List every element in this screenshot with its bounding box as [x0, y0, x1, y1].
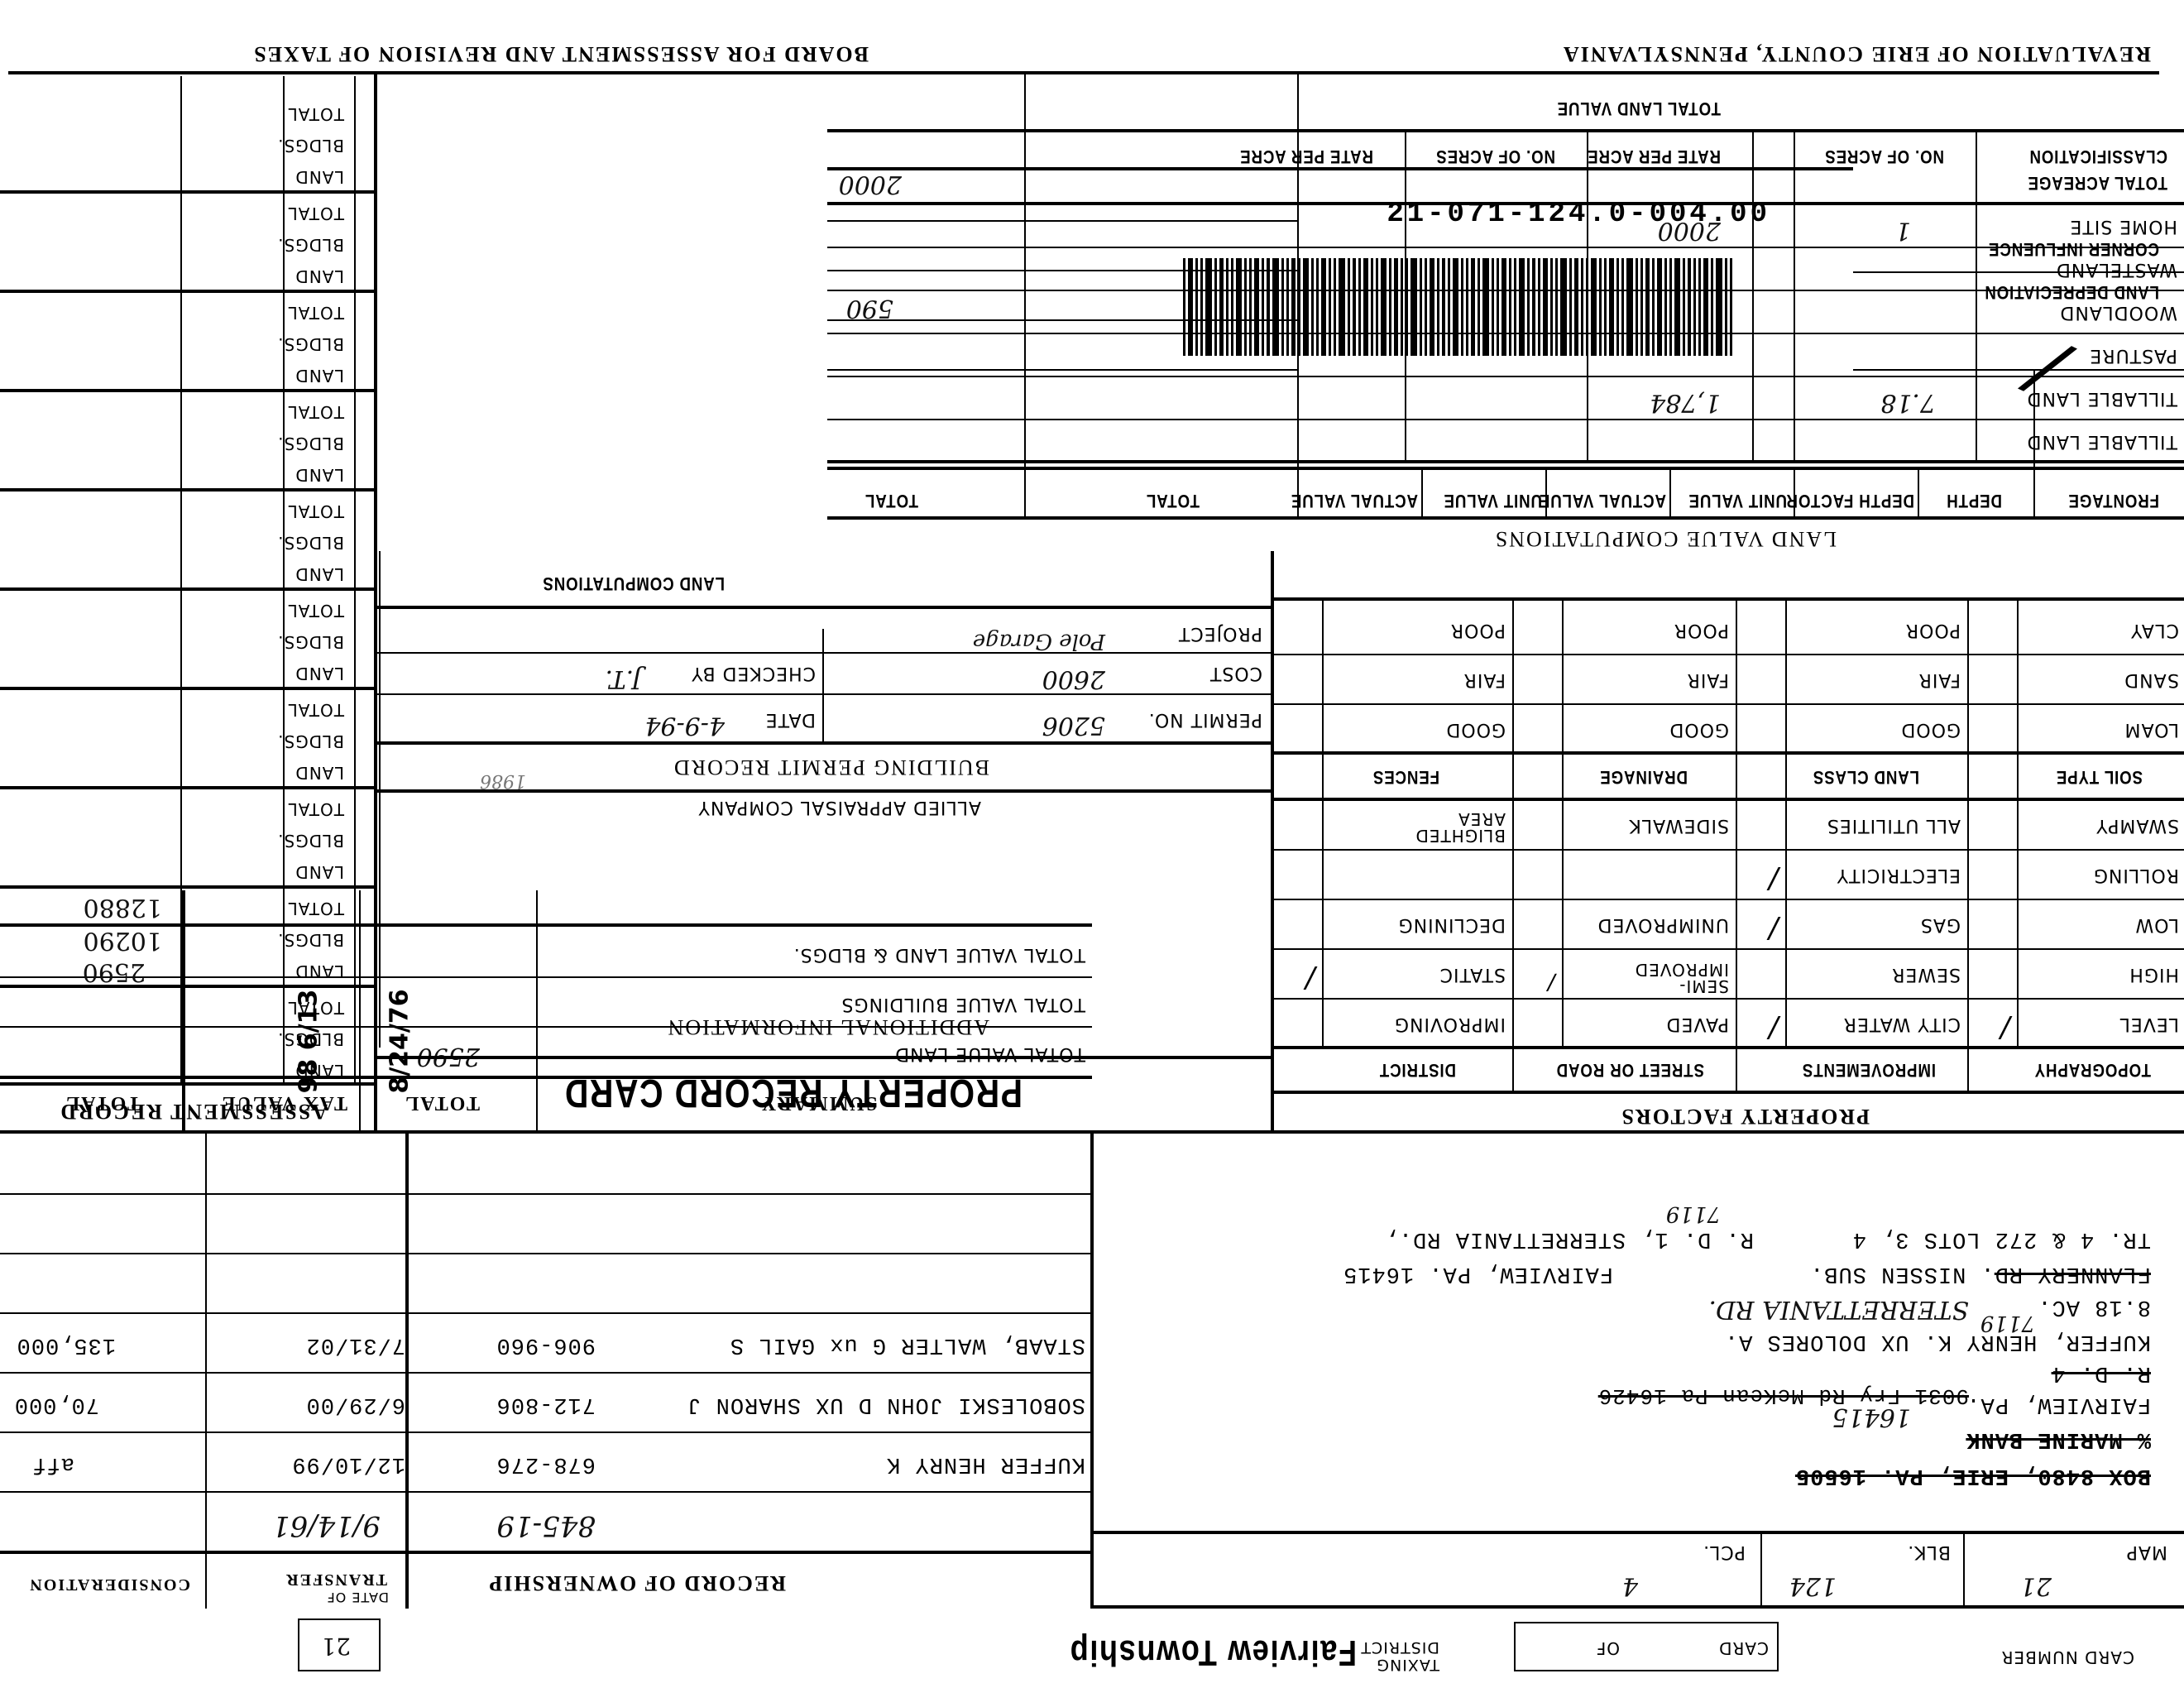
district-static: STATIC [1439, 964, 1506, 985]
col-land-class: LAND CLASS [1813, 766, 1919, 788]
class-tillable-1: TILLABLE LAND [2027, 431, 2177, 452]
district-declining: DECLINING [1398, 914, 1506, 935]
divider [1274, 849, 2184, 851]
bldgs-value: 10290 [84, 926, 162, 955]
address-line-1: TR. 4 & 272 LOTS 3, 4 [1852, 1226, 2151, 1251]
bldgs-label: BLDGS. [277, 434, 344, 453]
col-street-or-road: STREET OR ROAD [1556, 1059, 1704, 1081]
soil-sand: SAND [2124, 669, 2179, 690]
land-label: LAND [295, 266, 344, 286]
consideration: aff [31, 1451, 74, 1476]
divider [827, 290, 2184, 291]
land-label: LAND [295, 664, 344, 683]
card-label: CARD [1718, 1638, 1769, 1658]
road-paved: PAVED [1666, 1014, 1729, 1034]
divider [1274, 798, 2184, 801]
divider [1274, 703, 2184, 705]
date-of-label: DATE OF [326, 1590, 389, 1605]
divider [1967, 597, 1969, 1094]
total-label: TOTAL [288, 402, 344, 422]
bldgs-label: BLDGS. [277, 533, 344, 553]
divider [827, 460, 2184, 463]
col-soil-type: SOIL TYPE [2056, 766, 2143, 788]
divider [0, 1372, 1092, 1374]
divider [0, 1551, 1092, 1554]
divider [1274, 751, 2184, 755]
header-board-title: BOARD FOR ASSESSMENT AND REVISION OF TAX… [252, 41, 869, 66]
divider [1760, 1534, 1762, 1605]
total-label: TOTAL [288, 501, 344, 521]
transfer-date: 9/14/61 [272, 1509, 381, 1542]
checked-by-value: J.T. [606, 664, 642, 693]
address-line-rd: R. D. 4 [2052, 1360, 2151, 1385]
bldgs-label: BLDGS. [277, 831, 344, 851]
divider [1274, 1091, 2184, 1094]
divider [374, 74, 377, 1130]
appraisal-company: ALLIED APPRAISAL COMPANY [697, 797, 981, 818]
divider [827, 129, 2184, 132]
divider [0, 1253, 1092, 1254]
col-district: DISTRICT [1379, 1059, 1456, 1081]
total-label: TOTAL [288, 104, 344, 124]
district-improving: IMPROVING [1394, 1014, 1506, 1034]
divider [2017, 597, 2019, 1049]
project-value: Pole Garage [973, 629, 1105, 654]
divider [1271, 551, 1274, 1130]
land-label: LAND [295, 167, 344, 187]
land-value-590: 590 [846, 294, 893, 323]
ownership-row: KUFFER HENRY K 678-276 12/10/99 aff [0, 1433, 1092, 1491]
property-record-card: REVALUATION OF ERIE COUNTY, PENNSYLVANIA… [0, 0, 2184, 1688]
land-value: 2590 [83, 957, 146, 986]
divider [1963, 1534, 1965, 1605]
land-value-computations-title: LAND VALUE COMPUTATIONS [1494, 526, 1837, 551]
topo-swampy: SWAMPY [2095, 815, 2179, 836]
of-label: OF [1596, 1638, 1620, 1658]
box-number: 21 [298, 1618, 381, 1671]
date-stamp: 8/24/76 [385, 989, 414, 1093]
topo-rolling: ROLLING [2093, 865, 2179, 885]
drainage-good: GOOD [1669, 719, 1729, 740]
deed-book: 845-19 [496, 1509, 596, 1542]
owner-name: SOBOLESKI JOHN D UX SHARON J [687, 1392, 1085, 1417]
divider [1562, 597, 1564, 1049]
total-land-value-label: TOTAL LAND VALUE [1557, 98, 1721, 119]
alt-address: 9031 Fry Rd McKean Pa 16426 [1598, 1383, 1969, 1408]
soil-clay: CLAY [2130, 620, 2179, 640]
property-factors: PROPERTY FACTORS TOPOGRAPHY IMPROVEMENTS… [1274, 551, 2184, 1130]
land-class-poor: POOR [1905, 620, 1961, 640]
project-label: PROJECT [1178, 623, 1262, 644]
total-label: TOTAL [288, 700, 344, 720]
divider [0, 290, 377, 293]
assessment-blocks-empty: LAND BLDGS. TOTAL LAND BLDGS. TOTAL LAND… [0, 76, 377, 887]
assessment-title: ASSESSMENT RECORD [59, 1099, 328, 1124]
land-label: LAND [295, 763, 344, 783]
divider [827, 419, 2184, 420]
divider [0, 1193, 1092, 1195]
divider [377, 693, 1271, 695]
land-label: LAND [295, 366, 344, 386]
cost-value: 2600 [1042, 664, 1105, 693]
record-of-ownership: RECORD OF OWNERSHIP DATE OF TRANSFER CON… [0, 1134, 1092, 1609]
handwritten-house-number-2: 7119 [1666, 1201, 1721, 1226]
divider [377, 1056, 1271, 1059]
land-class-fair: FAIR [1918, 669, 1961, 690]
impr-electricity: ELECTRICITY [1837, 865, 1961, 885]
land-computations-title: LAND COMPUTATIONS [543, 573, 725, 594]
consideration: 70,000 [14, 1392, 99, 1417]
transfer-label: TRANSFER [285, 1570, 387, 1589]
checkmark-icon: / [1770, 1011, 1779, 1044]
card-of-box: CARD OF [1514, 1622, 1779, 1671]
divider [1405, 132, 1406, 463]
divider [1274, 948, 2184, 950]
permit-no-label: PERMIT NO. [1148, 709, 1262, 730]
total-label: TOTAL [288, 899, 344, 918]
checkmark-icon: / [2001, 1011, 2010, 1044]
divider [1976, 132, 1977, 463]
permit-no-value: 5206 [1042, 711, 1105, 740]
divider [1736, 597, 1737, 1094]
fences-poor: POOR [1450, 620, 1506, 640]
property-factors-title: PROPERTY FACTORS [1621, 1104, 1870, 1129]
total-label: TOTAL [288, 303, 344, 323]
divider [0, 488, 377, 492]
topo-low: LOW [2134, 914, 2179, 935]
divider [0, 1312, 1092, 1314]
blk-value: 124 [1789, 1571, 1837, 1600]
pcl-value: 4 [1622, 1571, 1638, 1600]
divider [827, 202, 2184, 205]
address-care-of: % MARINE BANK [1966, 1427, 2151, 1451]
divider [827, 247, 2184, 248]
address-box: BOX 8480, ERIE, PA. 16505 [1795, 1463, 2151, 1488]
assessment-block: LAND BLDGS. TOTAL 8/24/76 98 6/13 [0, 988, 377, 1086]
tillable-value: 1,784 [1650, 388, 1721, 417]
year-stamp: 98 6/13 [295, 990, 323, 1094]
divider [827, 376, 2184, 377]
class-woodland: WOODLAND [2059, 302, 2177, 323]
soil-loam: LOAM [2124, 719, 2179, 740]
map-value: 21 [2020, 1571, 2052, 1600]
taxing-district-label: TAXING DISTRICT [1365, 1638, 1439, 1673]
card-number-label: CARD NUMBER [2001, 1648, 2134, 1666]
total-label: TOTAL [288, 204, 344, 223]
owner-name: KUFFER HENRY K [886, 1451, 1085, 1476]
blk-label: BLK. [1907, 1542, 1951, 1562]
class-total-acreage: TOTAL ACREAGE [2028, 172, 2167, 194]
divider [0, 389, 377, 392]
divider [377, 652, 1271, 654]
impr-sewer: SEWER [1891, 964, 1961, 985]
checkmark-icon: / [1770, 912, 1779, 945]
handwritten-street: STERRETTANIA RD. [1708, 1295, 1969, 1324]
divider [0, 1491, 1092, 1493]
class-pasture: PASTURE [2089, 345, 2177, 366]
form-title: PROPERTY RECORD CARD [563, 1070, 1023, 1115]
divider [1274, 998, 2184, 1000]
divider [1274, 899, 2184, 900]
land-label: LAND [295, 961, 344, 981]
address-line-3: 8.18 AC. [2037, 1294, 2151, 1319]
ownership-row: STAAB, WALTER G ux GAIL S 906-960 7/31/0… [0, 1314, 1092, 1372]
divider [822, 629, 824, 745]
divider [0, 687, 377, 690]
bldgs-label: BLDGS. [277, 731, 344, 751]
divider [0, 786, 377, 789]
impr-all-utilities: ALL UTILITIES [1827, 815, 1961, 836]
deed-book: 712-806 [496, 1392, 596, 1417]
assessment-record: ASSESSMENT RECORD LAND BLDGS. TOTAL 8/24… [0, 71, 377, 1130]
total-value: 12880 [84, 893, 162, 922]
divider [1587, 132, 1588, 463]
impr-city-water: CITY WATER [1843, 1014, 1961, 1034]
acreage-grid: TILLABLE LAND TILLABLE LAND 7.18 1,784 P… [827, 74, 2184, 463]
land-label: LAND [295, 564, 344, 584]
divider [1092, 1605, 2184, 1609]
pcl-label: PCL. [1703, 1542, 1746, 1562]
map-label: MAP [2126, 1542, 2167, 1562]
divider [1794, 132, 1795, 463]
divider [377, 741, 1271, 745]
checkmark-icon: / [1306, 961, 1315, 995]
land-label: LAND [295, 465, 344, 485]
bldgs-label: BLDGS. [277, 334, 344, 354]
faint-notes: 1986 [480, 770, 526, 791]
map-blk-pcl-row: MAP 21 BLK. 124 PCL. 4 [1092, 1534, 2184, 1605]
divider [1752, 132, 1754, 463]
building-permit-title: BUILDING PERMIT RECORD [673, 755, 989, 779]
center-panel: PROPERTY RECORD CARD ADDITIONAL INFORMAT… [377, 551, 1271, 1130]
owner-address-block: TR. 4 & 272 LOTS 3, 4 R. D. 1, STERRETTA… [1092, 1134, 2184, 1531]
address-line-2: FLANNERY RD. NISSEN SUB. [1809, 1261, 2151, 1286]
land-class-good: GOOD [1900, 719, 1961, 740]
col-topography: TOPOGRAPHY [2034, 1059, 2151, 1081]
owner-name: KUFFER, HENRY K. UX DOLORES A. [1724, 1329, 2151, 1354]
address-city: FAIRVIEW, PA. [1966, 1392, 2151, 1417]
checkmark-icon: / [1770, 862, 1779, 895]
ownership-row: SOBOLESKI JOHN D UX SHARON J 712-806 6/2… [0, 1374, 1092, 1431]
col-drainage: DRAINAGE [1599, 766, 1688, 788]
land-label: LAND [295, 862, 344, 882]
divider [377, 606, 1271, 609]
bldgs-label: BLDGS. [277, 235, 344, 255]
topo-level: LEVEL [2119, 1014, 2179, 1034]
transfer-date: 7/31/02 [306, 1332, 405, 1357]
drainage-poor: POOR [1674, 620, 1729, 640]
divider [1274, 1046, 2184, 1049]
impr-gas: GAS [1920, 914, 1961, 935]
fences-good: GOOD [1445, 719, 1506, 740]
divider [1512, 597, 1514, 1094]
handwritten-zip: 16415 [1832, 1403, 1911, 1431]
divider [1274, 597, 2184, 601]
divider [1785, 597, 1787, 1049]
class-wasteland: WASTELAND [2056, 259, 2177, 280]
class-home-site: HOME SITE [2069, 216, 2177, 237]
cost-label: COST [1209, 663, 1262, 683]
bldgs-label: BLDGS. [277, 136, 344, 156]
consideration-label: CONSIDERATION [28, 1575, 190, 1594]
transfer-date: 12/10/99 [291, 1451, 405, 1476]
permit-date-label: DATE [765, 709, 816, 730]
land-value-2000: 2000 [839, 170, 902, 199]
divider [827, 333, 2184, 334]
col-fences: FENCES [1372, 766, 1439, 788]
header-county-title: REVALUATION OF ERIE COUNTY, PENNSYLVANIA [1562, 41, 2151, 66]
road-unimproved: UNIMPROVED [1597, 914, 1729, 935]
taxing-district-name: Fairview Township [1069, 1632, 1357, 1673]
road-sidewalk: SIDEWALK [1628, 815, 1729, 836]
assessment-block: LAND BLDGS. TOTAL 2590 10290 12880 [0, 889, 377, 986]
bldgs-label: BLDGS. [277, 632, 344, 652]
checkmark-icon: / [1548, 970, 1555, 995]
home-site-acres: 1 [1895, 216, 1911, 245]
divider [379, 551, 381, 1048]
address-line-1b: R. D. 1, STERRETTANIA RD., [1384, 1226, 1754, 1251]
divider [1322, 597, 1324, 1049]
divider [0, 1431, 1092, 1433]
transfer-date: 6/29/00 [306, 1392, 405, 1417]
total-label: TOTAL [288, 799, 344, 819]
road-semi-improved: SEMI-IMPROVED [1621, 961, 1729, 995]
divider [1092, 1531, 2184, 1534]
additional-info-title: ADDITIONAL INFORMATION [667, 1014, 989, 1039]
checked-by-label: CHECKED BY [691, 663, 816, 683]
ownership-title: RECORD OF OWNERSHIP [487, 1571, 786, 1595]
col-improvements: IMPROVEMENTS [1802, 1059, 1936, 1081]
home-site-value: 2000 [1658, 216, 1721, 245]
district-blighted-area: BLIGHTEDAREA [1390, 811, 1506, 844]
box-number-value: 21 [321, 1633, 351, 1660]
consideration: 135,000 [17, 1332, 116, 1357]
permit-date-value: 4-9-94 [644, 711, 725, 740]
bldgs-label: BLDGS. [277, 930, 344, 950]
deed-book: 906-960 [496, 1332, 596, 1357]
owner-name: STAAB, WALTER G ux GAIL S [730, 1332, 1085, 1357]
tillable-acres: 7.18 [1880, 388, 1936, 417]
divider [1274, 654, 2184, 655]
topo-high: HIGH [2129, 964, 2179, 985]
address-line-2b: FAIRVIEW, PA. 16415 [1343, 1261, 1613, 1286]
total-label: TOTAL [288, 601, 344, 621]
deed-book: 678-276 [496, 1451, 596, 1476]
divider [0, 190, 377, 194]
divider [0, 587, 377, 591]
drainage-fair: FAIR [1687, 669, 1729, 690]
ownership-row: 845-19 9/14/61 [0, 1493, 1092, 1551]
fences-fair: FAIR [1463, 669, 1506, 690]
